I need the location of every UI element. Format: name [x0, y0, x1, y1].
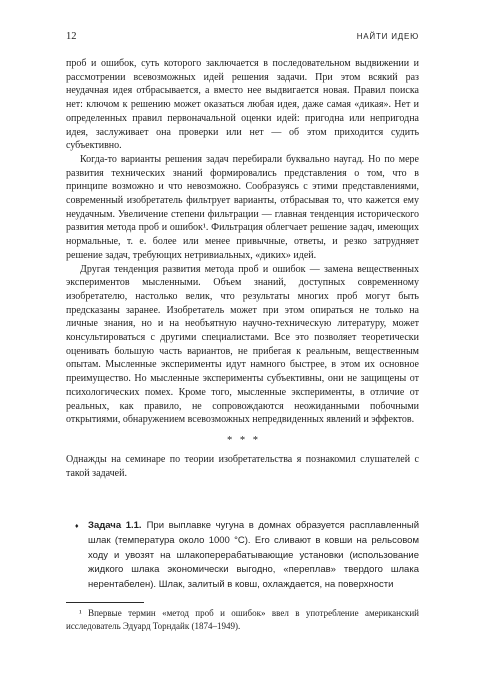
footnote-rule: [66, 602, 144, 603]
section-separator: * * *: [66, 434, 419, 447]
paragraph: Когда-то варианты решения задач перебира…: [66, 153, 419, 263]
page-number: 12: [66, 31, 77, 42]
task-body: Задача 1.1.При выплавке чугуна в домнах …: [88, 519, 419, 593]
footnote: ¹ Впервые термин «метод проб и ошибок» в…: [66, 602, 419, 633]
book-page: 12 НАЙТИ ИДЕЮ проб и ошибок, суть которо…: [0, 0, 485, 699]
paragraph: Другая тенденция развития метода проб и …: [66, 263, 419, 427]
running-title: НАЙТИ ИДЕЮ: [357, 32, 419, 41]
paragraph: проб и ошибок, суть которого заключается…: [66, 57, 419, 153]
diamond-bullet-icon: ♦: [75, 519, 88, 593]
page-header: 12 НАЙТИ ИДЕЮ: [66, 31, 419, 42]
paragraph: Однажды на семинаре по теории изобретате…: [66, 453, 419, 480]
body-text: проб и ошибок, суть которого заключается…: [66, 57, 419, 480]
task-block: ♦ Задача 1.1.При выплавке чугуна в домна…: [66, 519, 419, 593]
footnote-text: ¹ Впервые термин «метод проб и ошибок» в…: [66, 607, 419, 633]
task-label: Задача 1.1.: [88, 520, 142, 531]
